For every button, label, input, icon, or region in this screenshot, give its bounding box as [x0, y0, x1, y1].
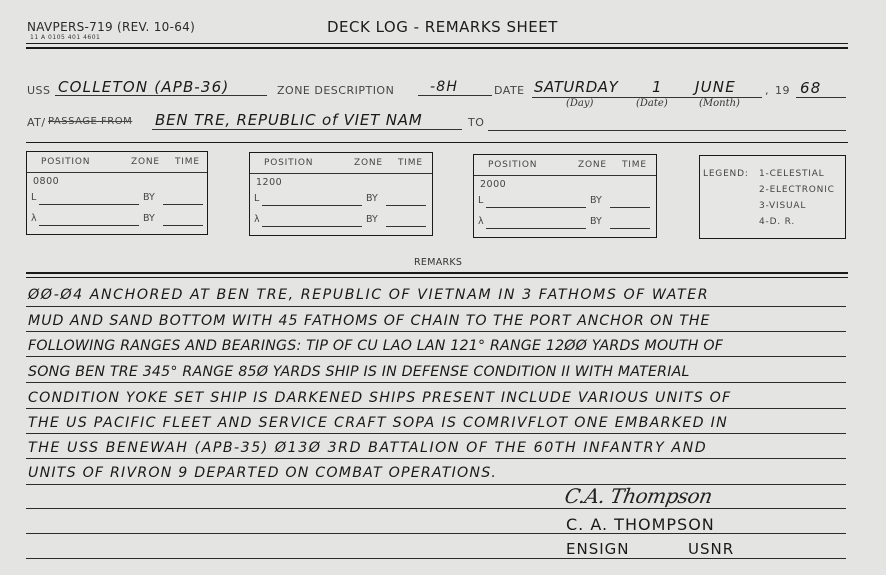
remarks-heading: REMARKS	[414, 257, 462, 268]
latitude-field[interactable]	[39, 204, 139, 205]
position-time: 0800	[27, 173, 207, 187]
zone-underline	[418, 95, 492, 96]
remarks-line-8: UNITS OF RIVRON 9 DEPARTED ON COMBAT OPE…	[28, 465, 497, 481]
day-field[interactable]: SATURDAY	[534, 78, 618, 96]
at-underline	[152, 129, 462, 130]
latitude-by-field[interactable]	[163, 204, 203, 205]
stock-number: 11 A 0105 401 4601	[30, 34, 100, 41]
signer-name: C. A. THOMPSON	[566, 515, 715, 534]
latitude-label: L	[478, 195, 483, 206]
position-col-label: POSITION	[488, 160, 578, 170]
longitude-by-label: BY	[366, 214, 378, 225]
time-col-label: TIME	[398, 158, 423, 168]
year-field[interactable]: 68	[800, 79, 822, 97]
remarks-rule-top	[26, 272, 848, 274]
signer-rank: ENSIGN	[566, 540, 630, 558]
legend-box: LEGEND: 1-CELESTIAL 2-ELECTRONIC 3-VISUA…	[699, 155, 846, 239]
page-title: DECK LOG - REMARKS SHEET	[327, 18, 558, 36]
zone-description-label: ZONE DESCRIPTION	[277, 84, 394, 97]
longitude-by-label: BY	[590, 216, 602, 227]
year-underline	[796, 97, 846, 98]
position-time: 1200	[250, 174, 432, 188]
day-caption: (Day)	[566, 98, 593, 109]
passage-from-label: PASSAGE FROM	[48, 116, 132, 127]
latitude-by-field[interactable]	[386, 205, 426, 206]
month-field[interactable]: JUNE	[695, 78, 736, 96]
ruled-line	[26, 558, 846, 559]
form-number: NAVPERS-719 (REV. 10-64)	[27, 20, 195, 34]
zone-col-label: ZONE	[578, 160, 622, 170]
latitude-field[interactable]	[486, 207, 586, 208]
latitude-label: L	[254, 193, 259, 204]
longitude-label: λ	[478, 216, 484, 227]
legend-item-electronic: 2-ELECTRONIC	[759, 185, 835, 195]
ship-name-field[interactable]: COLLETON (APB-36)	[58, 78, 229, 96]
remarks-line-1: ØØ-Ø4 ANCHORED AT BEN TRE, REPUBLIC OF V…	[28, 287, 709, 303]
longitude-field[interactable]	[486, 228, 586, 229]
signer-service: USNR	[688, 540, 734, 558]
ruled-line	[26, 533, 846, 534]
position-box-1200: POSITION ZONE TIME 1200 L BY λ BY	[249, 152, 433, 236]
legend-item-dr: 4-D. R.	[759, 217, 795, 227]
longitude-by-field[interactable]	[386, 226, 426, 227]
latitude-label: L	[31, 192, 36, 203]
zone-col-label: ZONE	[131, 157, 175, 167]
remarks-line-3: FOLLOWING RANGES AND BEARINGS: TIP OF CU…	[28, 338, 723, 354]
to-underline	[488, 130, 846, 131]
remarks-line-2: MUD AND SAND BOTTOM WITH 45 FATHOMS OF C…	[28, 313, 710, 329]
at-location-field[interactable]: BEN TRE, REPUBLIC of VIET NAM	[155, 111, 423, 129]
position-header: POSITION ZONE TIME	[474, 155, 656, 176]
signature: C.A. Thompson	[563, 484, 714, 508]
position-time: 2000	[474, 176, 656, 190]
section-rule	[26, 142, 848, 143]
to-label: TO	[468, 116, 484, 129]
date-caption: (Date)	[636, 98, 668, 109]
time-col-label: TIME	[175, 157, 200, 167]
longitude-field[interactable]	[39, 225, 139, 226]
latitude-field[interactable]	[262, 205, 362, 206]
header-rule-bottom	[26, 47, 848, 49]
longitude-label: λ	[31, 213, 37, 224]
longitude-by-field[interactable]	[610, 228, 650, 229]
date-label: DATE	[494, 84, 525, 97]
position-header: POSITION ZONE TIME	[250, 153, 432, 174]
legend-item-celestial: 1-CELESTIAL	[759, 169, 824, 179]
position-box-0800: POSITION ZONE TIME 0800 L BY λ BY	[26, 151, 208, 235]
ruled-line	[26, 484, 846, 485]
remarks-line-7: THE USS BENEWAH (APB-35) Ø13Ø 3RD BATTAL…	[28, 440, 707, 456]
latitude-by-label: BY	[590, 195, 602, 206]
remarks-line-4: SONG BEN TRE 345° RANGE 85Ø YARDS SHIP I…	[28, 364, 690, 380]
legend-item-visual: 3-VISUAL	[759, 201, 806, 211]
ruled-line	[26, 382, 846, 383]
longitude-field[interactable]	[262, 226, 362, 227]
at-label: AT/	[27, 116, 46, 129]
latitude-by-field[interactable]	[610, 207, 650, 208]
month-caption: (Month)	[699, 98, 740, 109]
ruled-line	[26, 508, 846, 509]
ruled-line	[26, 331, 846, 332]
longitude-label: λ	[254, 214, 260, 225]
longitude-by-field[interactable]	[163, 225, 203, 226]
ruled-line	[26, 433, 846, 434]
time-col-label: TIME	[622, 160, 647, 170]
ship-name-underline	[55, 95, 267, 96]
position-header: POSITION ZONE TIME	[27, 152, 207, 173]
remarks-line-5: CONDITION YOKE SET SHIP IS DARKENED SHIP…	[28, 390, 731, 406]
legend-label: LEGEND:	[703, 169, 749, 179]
latitude-by-label: BY	[143, 192, 155, 203]
position-col-label: POSITION	[264, 158, 354, 168]
ruled-line	[26, 356, 846, 357]
remarks-rule-bottom	[26, 277, 848, 278]
ruled-line	[26, 306, 846, 307]
remarks-line-6: THE US PACIFIC FLEET AND SERVICE CRAFT S…	[28, 415, 728, 431]
zone-description-field[interactable]: -8H	[430, 79, 458, 95]
date-field[interactable]: 1	[652, 78, 663, 96]
header-rule-top	[26, 43, 848, 44]
zone-col-label: ZONE	[354, 158, 398, 168]
ruled-line	[26, 408, 846, 409]
year-prefix: 19	[775, 84, 790, 97]
position-box-2000: POSITION ZONE TIME 2000 L BY λ BY	[473, 154, 657, 238]
year-comma: ,	[765, 84, 769, 97]
ruled-line	[26, 458, 846, 459]
longitude-by-label: BY	[143, 213, 155, 224]
latitude-by-label: BY	[366, 193, 378, 204]
position-col-label: POSITION	[41, 157, 131, 167]
uss-label: USS	[27, 84, 51, 97]
